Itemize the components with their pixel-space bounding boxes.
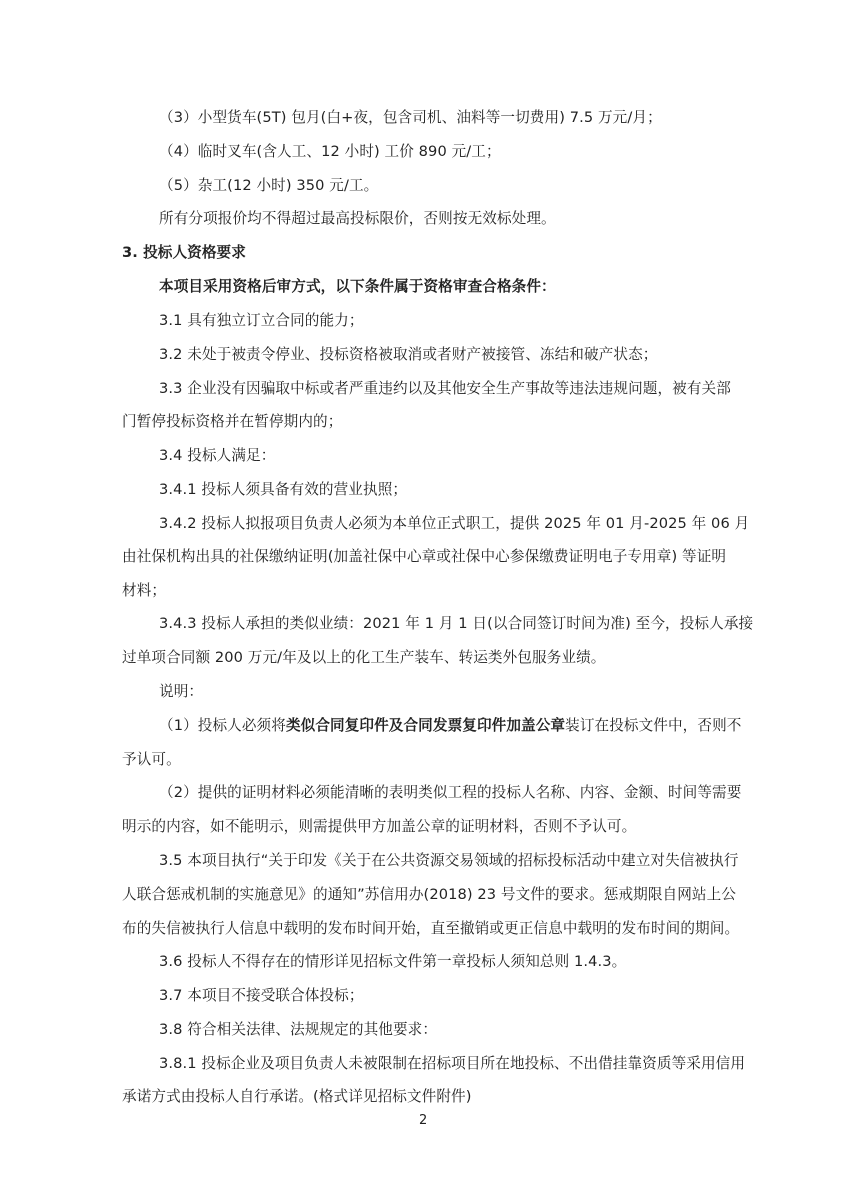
text-line-price-limit: 所有分项报价均不得超过最高投标限价，否则按无效标处理。 — [159, 209, 759, 229]
text-line-3-5-cont2: 布的失信被执行人信息中载明的发布时间开始，直至撤销或更正信息中载明的发布时间的期… — [122, 919, 722, 939]
section-heading-qualifications: 3. 投标人资格要求 — [122, 243, 722, 263]
text-line-3-8-1: 3.8.1 投标企业及项目负责人未被限制在招标项目所在地投标、不出借挂靠资质等采… — [159, 1054, 759, 1074]
note-1-part-a: （1）投标人必须将 — [159, 717, 286, 734]
text-line-fee-item-3: （3）小型货车(5T) 包月(白+夜，包含司机、油料等一切费用) 7.5 万元/… — [159, 108, 759, 128]
text-line-3-2: 3.2 未处于被责令停业、投标资格被取消或者财产被接管、冻结和破产状态； — [159, 345, 759, 365]
text-line-note-2-cont: 明示的内容，如不能明示，则需提供甲方加盖公章的证明材料，否则不予认可。 — [122, 817, 722, 837]
text-line-3-3: 3.3 企业没有因骗取中标或者严重违约以及其他安全生产事故等违法违规问题，被有关… — [159, 379, 759, 399]
text-line-3-4-3: 3.4.3 投标人承担的类似业绩：2021 年 1 月 1 日(以合同签订时间为… — [159, 614, 759, 634]
text-line-note-1: （1）投标人必须将类似合同复印件及合同发票复印件加盖公章装订在投标文件中，否则不 — [159, 716, 759, 736]
text-line-3-6: 3.6 投标人不得存在的情形详见招标文件第一章投标人须知总则 1.4.3。 — [159, 952, 759, 972]
text-line-3-8-1-cont: 承诺方式由投标人自行承诺。(格式详见招标文件附件) — [122, 1087, 722, 1107]
text-line-review-method: 本项目采用资格后审方式，以下条件属于资格审查合格条件： — [159, 277, 759, 297]
text-line-3-4-2-cont2: 材料； — [122, 581, 722, 601]
text-line-fee-item-4: （4）临时叉车(含人工、12 小时) 工价 890 元/工； — [159, 142, 759, 162]
text-line-3-4-2-cont: 由社保机构出具的社保缴纳证明(加盖社保中心章或社保中心参保缴费证明电子专用章) … — [122, 547, 722, 567]
text-line-3-4-3-cont: 过单项合同额 200 万元/年及以上的化工生产装车、转运类外包服务业绩。 — [122, 648, 722, 668]
text-line-3-3-cont: 门暂停投标资格并在暂停期内的； — [122, 412, 722, 432]
text-line-3-4-1: 3.4.1 投标人须具备有效的营业执照； — [159, 480, 759, 500]
text-line-3-5-cont: 人联合惩戒机制的实施意见》的通知”苏信用办(2018) 23 号文件的要求。惩戒… — [122, 885, 722, 905]
text-line-3-7: 3.7 本项目不接受联合体投标； — [159, 986, 759, 1006]
text-line-3-4: 3.4 投标人满足： — [159, 446, 759, 466]
text-line-3-1: 3.1 具有独立订立合同的能力； — [159, 311, 759, 331]
note-1-part-c: 装订在投标文件中，否则不 — [565, 717, 741, 734]
text-line-3-4-2: 3.4.2 投标人拟报项目负责人必须为本单位正式职工，提供 2025 年 01 … — [159, 514, 759, 534]
text-line-3-5: 3.5 本项目执行“关于印发《关于在公共资源交易领域的招标投标活动中建立对失信被… — [159, 851, 759, 871]
text-line-3-8: 3.8 符合相关法律、法规规定的其他要求： — [159, 1020, 759, 1040]
document-page: （3）小型货车(5T) 包月(白+夜，包含司机、油料等一切费用) 7.5 万元/… — [0, 0, 848, 1200]
note-1-emphasis: 类似合同复印件及合同发票复印件加盖公章 — [286, 717, 565, 734]
text-line-note-label: 说明： — [159, 682, 759, 702]
text-line-note-1-cont: 予认可。 — [122, 750, 722, 770]
text-line-fee-item-5: （5）杂工(12 小时) 350 元/工。 — [159, 176, 759, 196]
page-number: 2 — [419, 1113, 427, 1128]
text-line-note-2: （2）提供的证明材料必须能清晰的表明类似工程的投标人名称、内容、金额、时间等需要 — [159, 783, 759, 803]
